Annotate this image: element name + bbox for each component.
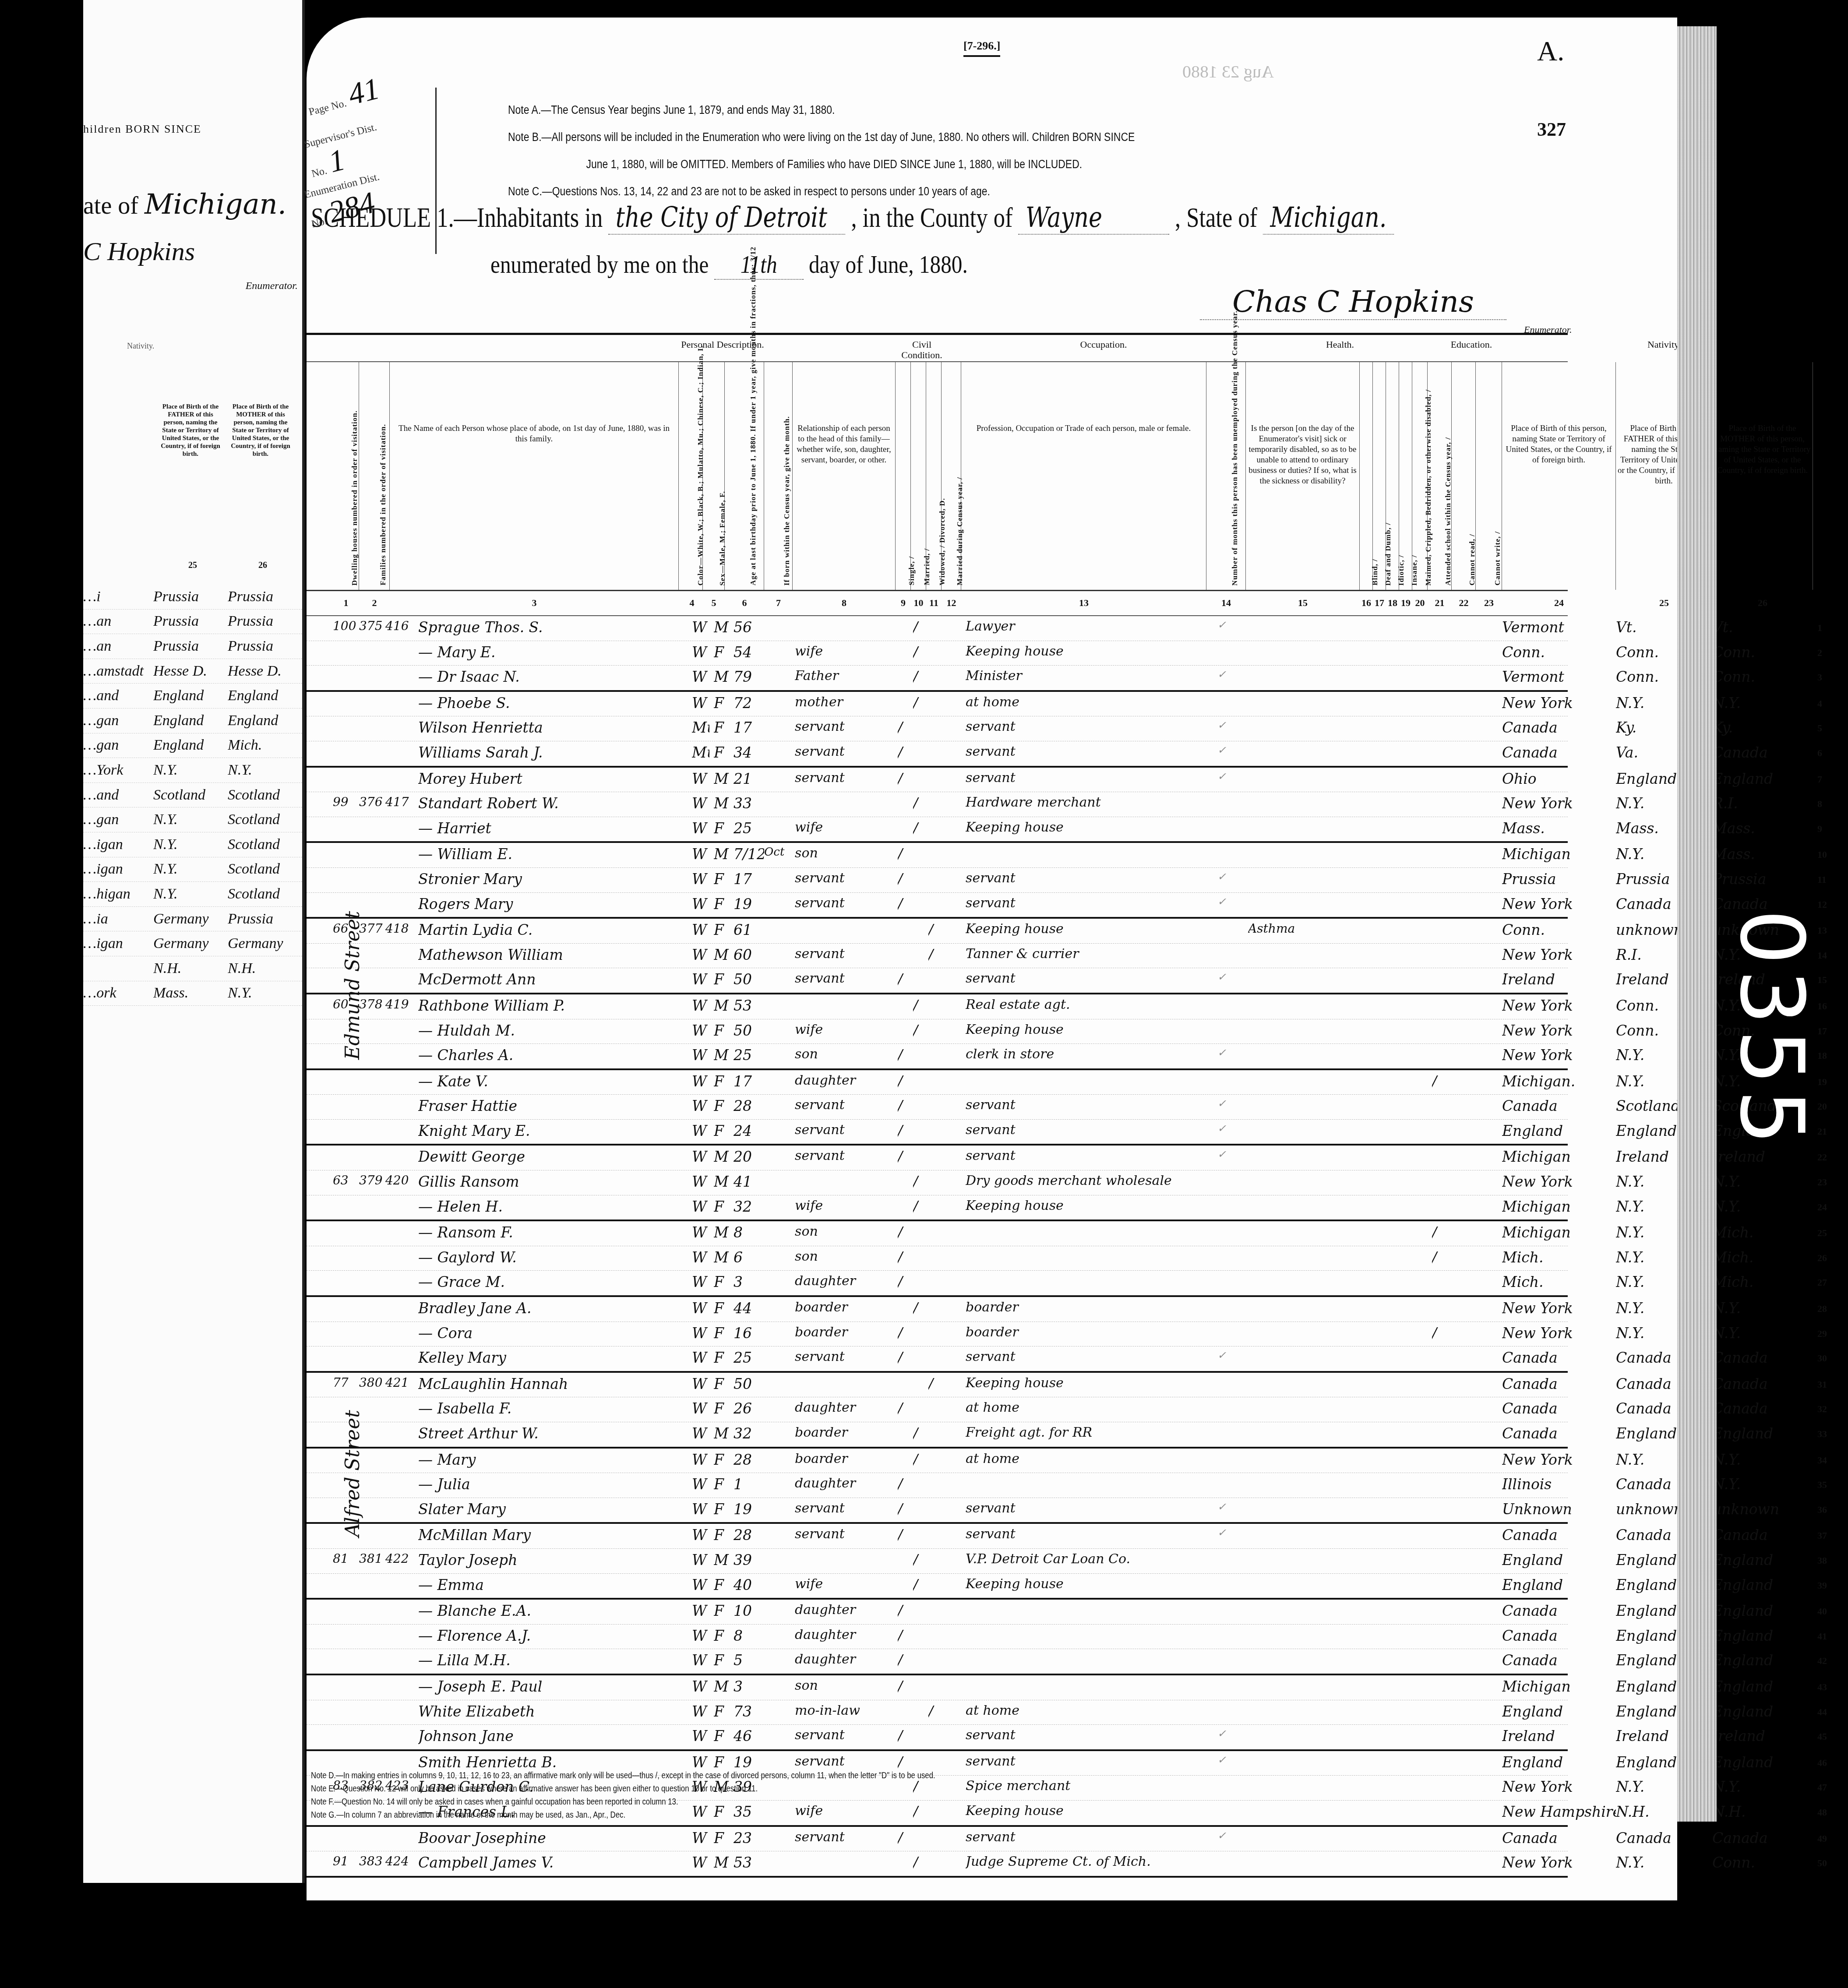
cell-occ: Hardware merchant — [966, 795, 1202, 810]
cell-single: / — [898, 1224, 911, 1241]
table-row: — Isabella F.WF26daughter/at homeCanadaC… — [307, 1397, 1568, 1422]
facing-page-row: …iaGermanyPrussia — [83, 907, 302, 932]
table-row: Bradley Jane A.WF44boarder/boarderNew Yo… — [307, 1297, 1568, 1322]
cell-occ: servant — [966, 1349, 1202, 1364]
facing-cell-c24: …igan — [83, 861, 153, 878]
cell-married: / — [913, 1300, 926, 1317]
cell-rel: servant — [795, 1122, 896, 1138]
cell-line: 50 — [1817, 1858, 1835, 1869]
cell-occ: servant — [966, 895, 1202, 911]
form-letter: A. — [1537, 35, 1564, 67]
cell-bp: New York — [1502, 1451, 1616, 1468]
cell-single: / — [898, 1325, 911, 1342]
cell-occ: servant — [966, 1122, 1202, 1138]
cell-age: 6 — [734, 1249, 764, 1266]
cell-bp: Canada — [1502, 1829, 1616, 1847]
cell-name: Knight Mary E. — [418, 1122, 690, 1139]
cell-age: 72 — [734, 694, 764, 712]
table-row: Dewitt GeorgeWM20servant/servant✓Michiga… — [307, 1146, 1568, 1170]
cell-rel: wife — [795, 644, 896, 659]
cell-sex: F — [714, 871, 731, 888]
book-page-edges — [1677, 26, 1717, 1822]
cell-occ: servant — [966, 1097, 1202, 1113]
facing-cell-c26: Germany — [228, 935, 302, 952]
facing-cell-c24: …an — [83, 638, 153, 655]
census-page: [7-296.] Aug 23 1880 A. 327 Page No. 41 … — [307, 18, 1677, 1900]
cell-sex: F — [714, 1703, 731, 1720]
cell-bp: England — [1502, 1576, 1616, 1593]
table-row: Williams Sarah J.MuF34servant/servant✓Ca… — [307, 741, 1568, 768]
cell-color: W — [692, 1652, 709, 1669]
column-header-8: Relationship of each person to the head … — [793, 362, 896, 590]
column-header-label: Attended school within the Census year, … — [1444, 437, 1453, 585]
cell-occ: boarder — [966, 1325, 1202, 1340]
cell-mbp: R.I. — [1712, 795, 1809, 812]
cell-line: 2 — [1817, 647, 1835, 659]
cell-line: 32 — [1817, 1403, 1835, 1415]
column-header-16: Blind, / — [1360, 362, 1373, 590]
column-header-18: Idiotic, / — [1386, 362, 1399, 590]
cell-bp: Canada — [1502, 1400, 1616, 1417]
table-row: Kelley MaryWF25servant/servant✓CanadaCan… — [307, 1346, 1568, 1373]
cell-married: / — [913, 1173, 926, 1190]
cell-occ: Keeping house — [966, 1375, 1202, 1391]
cell-line: 9 — [1817, 823, 1835, 835]
cell-line: 49 — [1817, 1833, 1835, 1844]
cell-sex: F — [714, 1325, 731, 1342]
column-header-label: Families numbered in the order of visita… — [379, 424, 388, 585]
cell-name: — Grace M. — [418, 1273, 690, 1290]
facing-cell-c24: …higan — [83, 886, 153, 902]
table-row: 77380421McLaughlin HannahWF50/Keeping ho… — [307, 1373, 1568, 1398]
column-header-2: Families numbered in the order of visita… — [359, 362, 390, 590]
cell-unemp: ✓ — [1217, 1047, 1231, 1059]
table-row: — HarrietWF25wife/Keeping houseMass.Mass… — [307, 817, 1568, 843]
cell-line: 8 — [1817, 798, 1835, 810]
cell-mbp: England — [1712, 1678, 1809, 1695]
cell-occ: Lawyer — [966, 619, 1202, 634]
facing-page-row: …higanN.Y.Scotland — [83, 882, 302, 907]
cell-occ: servant — [966, 1148, 1202, 1163]
cell-rel: daughter — [795, 1602, 896, 1618]
cell-sex: M — [714, 997, 731, 1014]
facing-cell-c24: …and — [83, 787, 153, 804]
facing-page-row: …iPrussiaPrussia — [83, 585, 302, 610]
facing-cell-c25: N.Y. — [153, 886, 228, 902]
cell-line: 44 — [1817, 1706, 1835, 1718]
facing-cell-c26: Prussia — [228, 638, 302, 655]
facing-page-row: …anPrussiaPrussia — [83, 610, 302, 634]
table-row: — Joseph E. PaulWM3son/MichiganEnglandEn… — [307, 1675, 1568, 1700]
column-header-11: Widowed, / Divorced, D. — [926, 362, 942, 590]
table-row: Street Arthur W.WM32boarder/Freight agt.… — [307, 1422, 1568, 1449]
cell-married: / — [913, 619, 926, 636]
cell-color: W — [692, 895, 709, 913]
cell-line: 38 — [1817, 1555, 1835, 1566]
cell-age: 33 — [734, 795, 764, 812]
form-code: [7-296.] — [963, 39, 1000, 57]
cell-color: W — [692, 1400, 709, 1417]
cell-name: — Harriet — [418, 820, 690, 837]
table-row: — MaryWF28boarder/at homeNew YorkN.Y.N.Y… — [307, 1449, 1568, 1473]
cell-line: 25 — [1817, 1227, 1835, 1239]
cell-name: Fraser Hattie — [418, 1097, 690, 1114]
cell-married: / — [913, 1551, 926, 1569]
cell-occ: servant — [966, 1501, 1202, 1516]
cell-single: / — [898, 744, 911, 761]
cell-age: 21 — [734, 770, 764, 787]
cell-color: W — [692, 820, 709, 837]
cell-line: 41 — [1817, 1631, 1835, 1642]
cell-color: W — [692, 1678, 709, 1695]
facing-cell-c25: England — [153, 737, 228, 754]
section-nativity: Nativity. — [1515, 339, 1813, 350]
column-header-label: Place of Birth of the MOTHER of this per… — [1714, 423, 1811, 476]
column-header-label: Age at last birthday prior to June 1, 18… — [749, 247, 758, 585]
facing-cell-c26: England — [228, 687, 302, 704]
cell-married: / — [913, 1198, 926, 1215]
table-row: — Charles A.WM25son/clerk in store✓New Y… — [307, 1044, 1568, 1070]
cell-single: / — [898, 895, 911, 913]
cell-age: 26 — [734, 1400, 764, 1417]
facing-page-colnum: 25 — [188, 560, 197, 571]
cell-rel: servant — [795, 1349, 896, 1364]
facing-cell-c25: Mass. — [153, 985, 228, 1001]
facing-page-enumerator: C Hopkins — [83, 236, 195, 267]
cell-sex: M — [714, 795, 731, 812]
cell-fam: 418 — [385, 921, 416, 936]
cell-age: 60 — [734, 946, 764, 963]
cell-bp: Canada — [1502, 1097, 1616, 1114]
facing-cell-c24: …igan — [83, 836, 153, 853]
cell-bp: Vermont — [1502, 668, 1616, 685]
cell-sex: F — [714, 1627, 731, 1644]
cell-rel: son — [795, 846, 896, 861]
cell-age: 79 — [734, 668, 764, 685]
cell-age: 39 — [734, 1551, 764, 1569]
cell-sex: F — [714, 1122, 731, 1139]
cell-name: — Phoebe S. — [418, 694, 690, 712]
cell-mbp: N.Y. — [1712, 1325, 1809, 1342]
cell-age: 7/12 — [734, 846, 764, 863]
column-header-label: Cannot write, / — [1493, 531, 1502, 585]
cell-occ: Dry goods merchant wholesale — [966, 1173, 1202, 1188]
column-number: 3 — [390, 597, 679, 609]
column-header-15: Is the person [on the day of the Enumera… — [1246, 362, 1360, 590]
cell-single: / — [898, 1501, 911, 1518]
cell-age: 73 — [734, 1703, 764, 1720]
cell-bp: England — [1502, 1703, 1616, 1720]
cell-occ: Real estate agt. — [966, 997, 1202, 1012]
cell-bp: Michigan — [1502, 1224, 1616, 1241]
cell-mbp: England — [1712, 1576, 1809, 1593]
cell-name: Bradley Jane A. — [418, 1300, 690, 1317]
facing-cell-c25: England — [153, 712, 228, 729]
column-header-10: Married, / — [911, 362, 926, 590]
column-number: 5 — [703, 597, 725, 609]
cell-age: 54 — [734, 644, 764, 661]
table-row: Boovar JosephineWF23servant/servant✓Cana… — [307, 1827, 1568, 1852]
cell-bp: Canada — [1502, 1526, 1616, 1544]
facing-cell-c26: England — [228, 712, 302, 729]
cell-name: Martin Lydia C. — [418, 921, 690, 938]
cell-sex: M — [714, 1224, 731, 1241]
cell-single: / — [898, 770, 911, 787]
cell-color: W — [692, 770, 709, 787]
cell-unemp: ✓ — [1217, 770, 1231, 783]
cell-single: / — [898, 1754, 911, 1771]
cell-single: / — [898, 1148, 911, 1165]
column-number: 7 — [764, 597, 793, 609]
cell-single: / — [898, 1627, 911, 1644]
cell-unemp: ✓ — [1217, 895, 1231, 908]
cell-bp: New York — [1502, 1022, 1616, 1039]
cell-line: 34 — [1817, 1455, 1835, 1466]
cell-color: W — [692, 1375, 709, 1392]
cell-married: / — [913, 694, 926, 712]
cell-rel: wife — [795, 1576, 896, 1592]
cell-line: 7 — [1817, 774, 1835, 785]
cell-mbp: N.Y. — [1712, 1476, 1809, 1493]
cell-bp: Michigan — [1502, 1198, 1616, 1215]
cell-color: W — [692, 1727, 709, 1745]
cell-mbp: unknown — [1712, 1501, 1809, 1518]
column-header-label: Place of Birth of this person, naming St… — [1504, 423, 1614, 465]
cell-line: 28 — [1817, 1303, 1835, 1315]
cell-sex: F — [714, 1829, 731, 1847]
column-header-12: Married during Census year, / — [942, 362, 961, 590]
column-number: 2 — [359, 597, 390, 609]
column-number: 24 — [1502, 597, 1616, 609]
cell-single: / — [898, 1047, 911, 1064]
cell-name: Smith Henrietta B. — [418, 1754, 690, 1771]
cell-occ: at home — [966, 694, 1202, 710]
column-header-4: Color—White, W.; Black, B.; Mulatto, Mu.… — [681, 362, 703, 590]
cell-name: Williams Sarah J. — [418, 744, 690, 761]
cell-sex: M — [714, 1249, 731, 1266]
note-b: Note B.—All persons will be included in … — [508, 123, 1327, 151]
cell-name: Wilson Henrietta — [418, 719, 690, 736]
cell-name: — Blanche E.A. — [418, 1602, 690, 1619]
facing-cell-c25: Prussia — [153, 613, 228, 630]
cell-rel: servant — [795, 871, 896, 886]
facing-cell-c26: Prussia — [228, 613, 302, 630]
cell-mbp: Canada — [1712, 1375, 1809, 1392]
cell-occ: servant — [966, 1526, 1202, 1542]
facing-cell-c25: England — [153, 687, 228, 704]
cell-name: Kelley Mary — [418, 1349, 690, 1366]
cell-occ: Freight agt. for RR — [966, 1425, 1202, 1440]
table-row: — Florence A.J.WF8daughter/CanadaEngland… — [307, 1625, 1568, 1650]
cell-mbp: Conn. — [1712, 668, 1809, 685]
table-row: Fraser HattieWF28servant/servant✓CanadaS… — [307, 1095, 1568, 1120]
column-number: 16 — [1360, 597, 1373, 609]
cell-rel: daughter — [795, 1476, 896, 1491]
facing-cell-c24: …gan — [83, 737, 153, 754]
cell-mbp: Canada — [1712, 1829, 1809, 1847]
note-c: Note C.—Questions Nos. 13, 14, 22 and 23… — [508, 178, 1327, 205]
facing-cell-c24: …igan — [83, 935, 153, 952]
cell-rel: son — [795, 1047, 896, 1062]
cell-single: / — [898, 1400, 911, 1417]
cell-bp: Vermont — [1502, 619, 1616, 636]
cell-bp: Unknown — [1502, 1501, 1616, 1518]
cell-unemp: ✓ — [1217, 1501, 1231, 1513]
column-number: 18 — [1386, 597, 1399, 609]
table-row: Wilson HenriettaMuF17servant/servant✓Can… — [307, 716, 1568, 741]
facing-cell-c25: Scotland — [153, 787, 228, 804]
cell-age: 10 — [734, 1602, 764, 1619]
table-row: Johnson JaneWF46servant/servant✓IrelandI… — [307, 1725, 1568, 1751]
cell-sex: F — [714, 971, 731, 988]
facing-cell-c25: N.Y. — [153, 861, 228, 878]
cell-bp: Canada — [1502, 1349, 1616, 1366]
cell-sex: M — [714, 668, 731, 685]
cell-mbp: England — [1712, 1627, 1809, 1644]
facing-cell-c24: …i — [83, 589, 153, 605]
facing-cell-c25: N.Y. — [153, 762, 228, 779]
table-row: 63379420Gillis RansomWM41/Dry goods merc… — [307, 1170, 1568, 1195]
cell-color: W — [692, 795, 709, 812]
cell-bp: Ireland — [1502, 971, 1616, 988]
cell-occ: Tanner & currier — [966, 946, 1202, 962]
facing-cell-c25: Prussia — [153, 589, 228, 605]
cell-age: 44 — [734, 1300, 764, 1317]
cell-occ: V.P. Detroit Car Loan Co. — [966, 1551, 1202, 1567]
cell-sex: M — [714, 1148, 731, 1165]
facing-page-col26-header: Place of Birth of the MOTHER of this per… — [228, 403, 293, 458]
cell-age: 32 — [734, 1198, 764, 1215]
cell-unemp: ✓ — [1217, 1349, 1231, 1361]
cell-color: W — [692, 694, 709, 712]
facing-page-row: …iganGermanyGermany — [83, 931, 302, 956]
cell-age: 3 — [734, 1678, 764, 1695]
cell-name: Slater Mary — [418, 1501, 690, 1518]
cell-bp: New York — [1502, 1325, 1616, 1342]
facing-page-row: …iganN.Y.Scotland — [83, 857, 302, 882]
cell-occ: servant — [966, 1829, 1202, 1845]
facing-page-enumerator-label: Enumerator. — [246, 280, 298, 292]
cell-color: W — [692, 644, 709, 661]
facing-cell-c26: N.Y. — [228, 762, 302, 779]
cell-single: / — [898, 846, 911, 863]
cell-unemp: ✓ — [1217, 668, 1231, 680]
note-b-continued: June 1, 1880, will be OMITTED. Members o… — [508, 151, 1327, 178]
cell-mbp: Mich. — [1712, 1224, 1809, 1241]
cell-sex: F — [714, 644, 731, 661]
cell-age: 20 — [734, 1148, 764, 1165]
cell-age: 25 — [734, 1349, 764, 1366]
cell-single: / — [898, 871, 911, 888]
cell-color: W — [692, 1854, 709, 1871]
cell-mbp: Canada — [1712, 1526, 1809, 1544]
column-number: 20 — [1412, 597, 1428, 609]
cell-mbp: Canada — [1712, 1349, 1809, 1366]
cell-sex: F — [714, 1273, 731, 1290]
facing-cell-c25: N.H. — [153, 960, 228, 977]
cell-color: W — [692, 1325, 709, 1342]
facing-cell-c25: N.Y. — [153, 836, 228, 853]
census-rows: 100375416Sprague Thos. S.WM56/Lawyer✓Ver… — [307, 616, 1568, 1878]
cell-color: W — [692, 1073, 709, 1090]
cell-color: W — [692, 1097, 709, 1114]
column-header-19: Insane, / — [1399, 362, 1412, 590]
cell-rel: daughter — [795, 1652, 896, 1667]
cell-school: / — [1432, 1073, 1445, 1090]
cell-occ: at home — [966, 1703, 1202, 1718]
cell-name: — Ransom F. — [418, 1224, 690, 1241]
column-number: 17 — [1373, 597, 1386, 609]
cell-married: / — [913, 1425, 926, 1442]
cell-age: 17 — [734, 871, 764, 888]
cell-married: / — [913, 1576, 926, 1593]
cell-rel: daughter — [795, 1627, 896, 1643]
cell-age: 17 — [734, 719, 764, 736]
cell-widow: / — [928, 1375, 942, 1392]
cell-fam: 421 — [385, 1375, 416, 1390]
cell-sex: F — [714, 1652, 731, 1669]
column-header-label: If born within the Census year, give the… — [783, 416, 791, 585]
column-number: 10 — [911, 597, 926, 609]
cell-bp: New York — [1502, 1173, 1616, 1190]
cell-sex: M — [714, 946, 731, 963]
cell-age: 28 — [734, 1526, 764, 1544]
cell-bp: New York — [1502, 795, 1616, 812]
section-health: Health. — [1248, 339, 1432, 350]
cell-bp: Michigan — [1502, 1148, 1616, 1165]
cell-rel: wife — [795, 1022, 896, 1037]
cell-color: W — [692, 1148, 709, 1165]
column-header-13: Profession, Occupation or Trade of each … — [961, 362, 1206, 590]
table-row: — Gaylord W.WM6son//Mich.N.Y.Mich.26 — [307, 1246, 1568, 1271]
table-row: — Blanche E.A.WF10daughter/CanadaEngland… — [307, 1600, 1568, 1625]
cell-bp: New York — [1502, 895, 1616, 913]
cell-married: / — [913, 820, 926, 837]
cell-color: W — [692, 1754, 709, 1771]
cell-rel: servant — [795, 946, 896, 962]
column-number: 12 — [942, 597, 961, 609]
cell-fbp: Canada — [1616, 1829, 1712, 1847]
cell-mbp: Mass. — [1712, 820, 1809, 837]
facing-page-note-fragment: hildren BORN SINCE — [83, 123, 201, 136]
facing-cell-c25: Hesse D. — [153, 663, 228, 680]
cell-age: 53 — [734, 997, 764, 1014]
cell-sex: F — [714, 1097, 731, 1114]
column-header-label: Relationship of each person to the head … — [794, 423, 893, 465]
cell-bp: New York — [1502, 1854, 1616, 1871]
cell-sex: F — [714, 1602, 731, 1619]
cell-age: 25 — [734, 820, 764, 837]
cell-occ: servant — [966, 719, 1202, 734]
facing-page-colnum: 26 — [258, 560, 267, 571]
cell-sex: F — [714, 1451, 731, 1468]
cell-married: / — [913, 1451, 926, 1468]
cell-color: W — [692, 1627, 709, 1644]
cell-occ: servant — [966, 1754, 1202, 1769]
cell-rel: Father — [795, 668, 896, 684]
cell-unemp: ✓ — [1217, 619, 1231, 631]
cell-married: / — [913, 795, 926, 812]
facing-cell-c24: …York — [83, 762, 153, 779]
cell-occ: Keeping house — [966, 644, 1202, 659]
cell-name: Gillis Ransom — [418, 1173, 690, 1190]
cell-unemp: ✓ — [1217, 719, 1231, 731]
cell-name: Rathbone William P. — [418, 997, 690, 1014]
cell-line: 42 — [1817, 1655, 1835, 1667]
cell-rel: servant — [795, 770, 896, 786]
facing-page-row: …amstadtHesse D.Hesse D. — [83, 659, 302, 684]
cell-rel: son — [795, 1678, 896, 1693]
